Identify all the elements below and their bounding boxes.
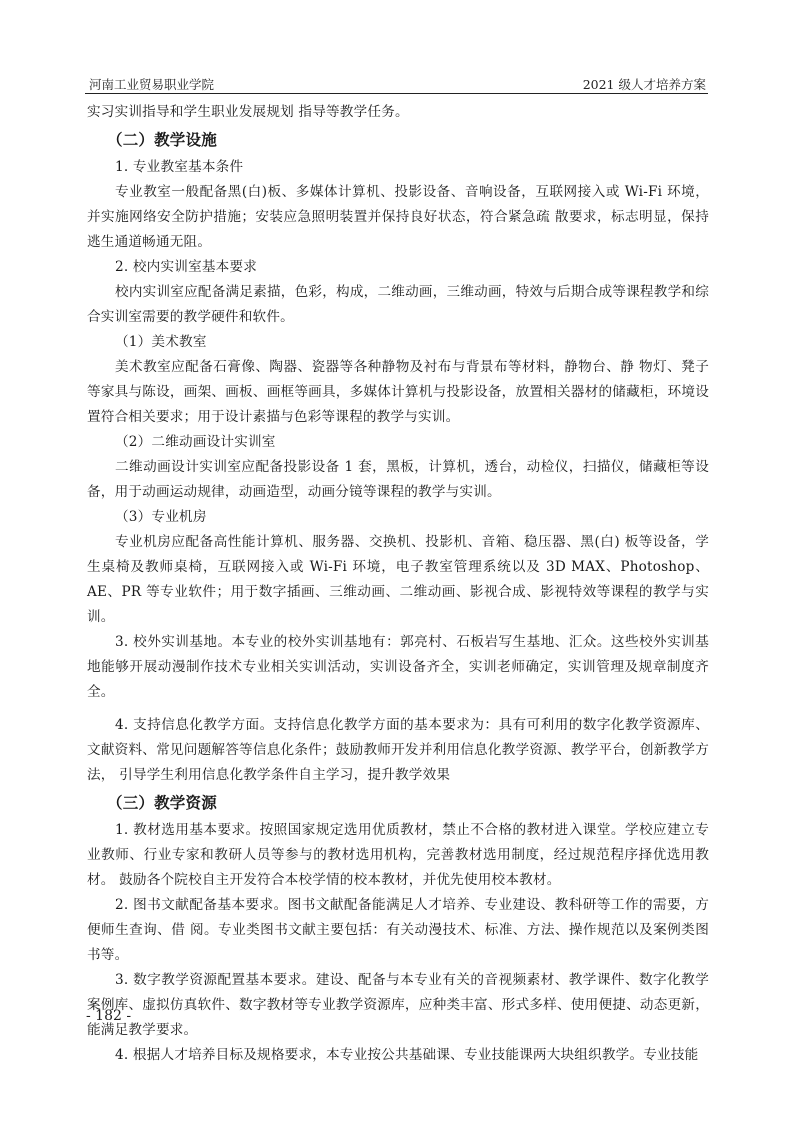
paragraph-computer-lab: 专业机房应配备高性能计算机、服务器、交换机、投影机、音箱、稳压器、黑(白) 板等…: [87, 530, 709, 630]
subheading-computer-lab: （3）专业机房: [87, 505, 709, 530]
paragraph-library-resources: 2. 图书文献配备基本要求。图书文献配备能满足人才培养、专业建设、教科研等工作的…: [87, 893, 709, 968]
section-heading-teaching-resources: （三）教学资源: [87, 788, 709, 818]
header-institution: 河南工业贸易职业学院: [89, 75, 214, 93]
paragraph-continuation: 实习实训指导和学生职业发展规划 指导等教学任务。: [87, 100, 709, 125]
paragraph-course-organization: 4. 根据人才培养目标及规格要求，本专业按公共基础课、专业技能课两大块组织教学。…: [87, 1043, 709, 1068]
paragraph-textbook-selection: 1. 教材选用基本要求。按照国家规定选用优质教材，禁止不合格的教材进入课堂。学校…: [87, 818, 709, 893]
paragraph-digital-resources: 3. 数字教学资源配置基本要求。建设、配备与本专业有关的音视频素材、教学课件、数…: [87, 968, 709, 1043]
paragraph-it-teaching-support: 4. 支持信息化教学方面。支持信息化教学方面的基本要求为：具有可利用的数字化教学…: [87, 713, 709, 788]
subheading-art-classroom: （1）美术教室: [87, 330, 709, 355]
subheading-2d-animation-room: （2）二维动画设计实训室: [87, 430, 709, 455]
paragraph-2d-animation-room: 二维动画设计实训室应配备投影设备 1 套，黑板，计算机，透台，动检仪，扫描仪，储…: [87, 455, 709, 505]
paragraph-art-classroom: 美术教室应配备石膏像、陶器、瓷器等各种静物及衬布与背景布等材料，静物台、静 物灯…: [87, 355, 709, 430]
paragraph-classroom-conditions: 专业教室一般配备黑(白)板、多媒体计算机、投影设备、音响设备，互联网接入或 Wi…: [87, 180, 709, 255]
subheading-classroom-conditions: 1. 专业教室基本条件: [87, 155, 709, 180]
paragraph-offcampus-bases: 3. 校外实训基地。本专业的校外实训基地有：郭亮村、石板岩写生基地、汇众。这些校…: [87, 630, 709, 705]
page-header: 河南工业贸易职业学院 2021 级人才培养方案: [85, 72, 708, 94]
spacer: [87, 705, 709, 713]
subheading-campus-training-rooms: 2. 校内实训室基本要求: [87, 255, 709, 280]
page-number: - 182 -: [86, 1008, 131, 1024]
header-document-title: 2021 级人才培养方案: [583, 75, 706, 93]
paragraph-campus-training-rooms: 校内实训室应配备满足素描，色彩，构成，二维动画，三维动画，特效与后期合成等课程教…: [87, 280, 709, 330]
section-heading-teaching-facilities: （二）教学设施: [87, 125, 709, 155]
page-body: 实习实训指导和学生职业发展规划 指导等教学任务。 （二）教学设施 1. 专业教室…: [87, 100, 709, 1068]
